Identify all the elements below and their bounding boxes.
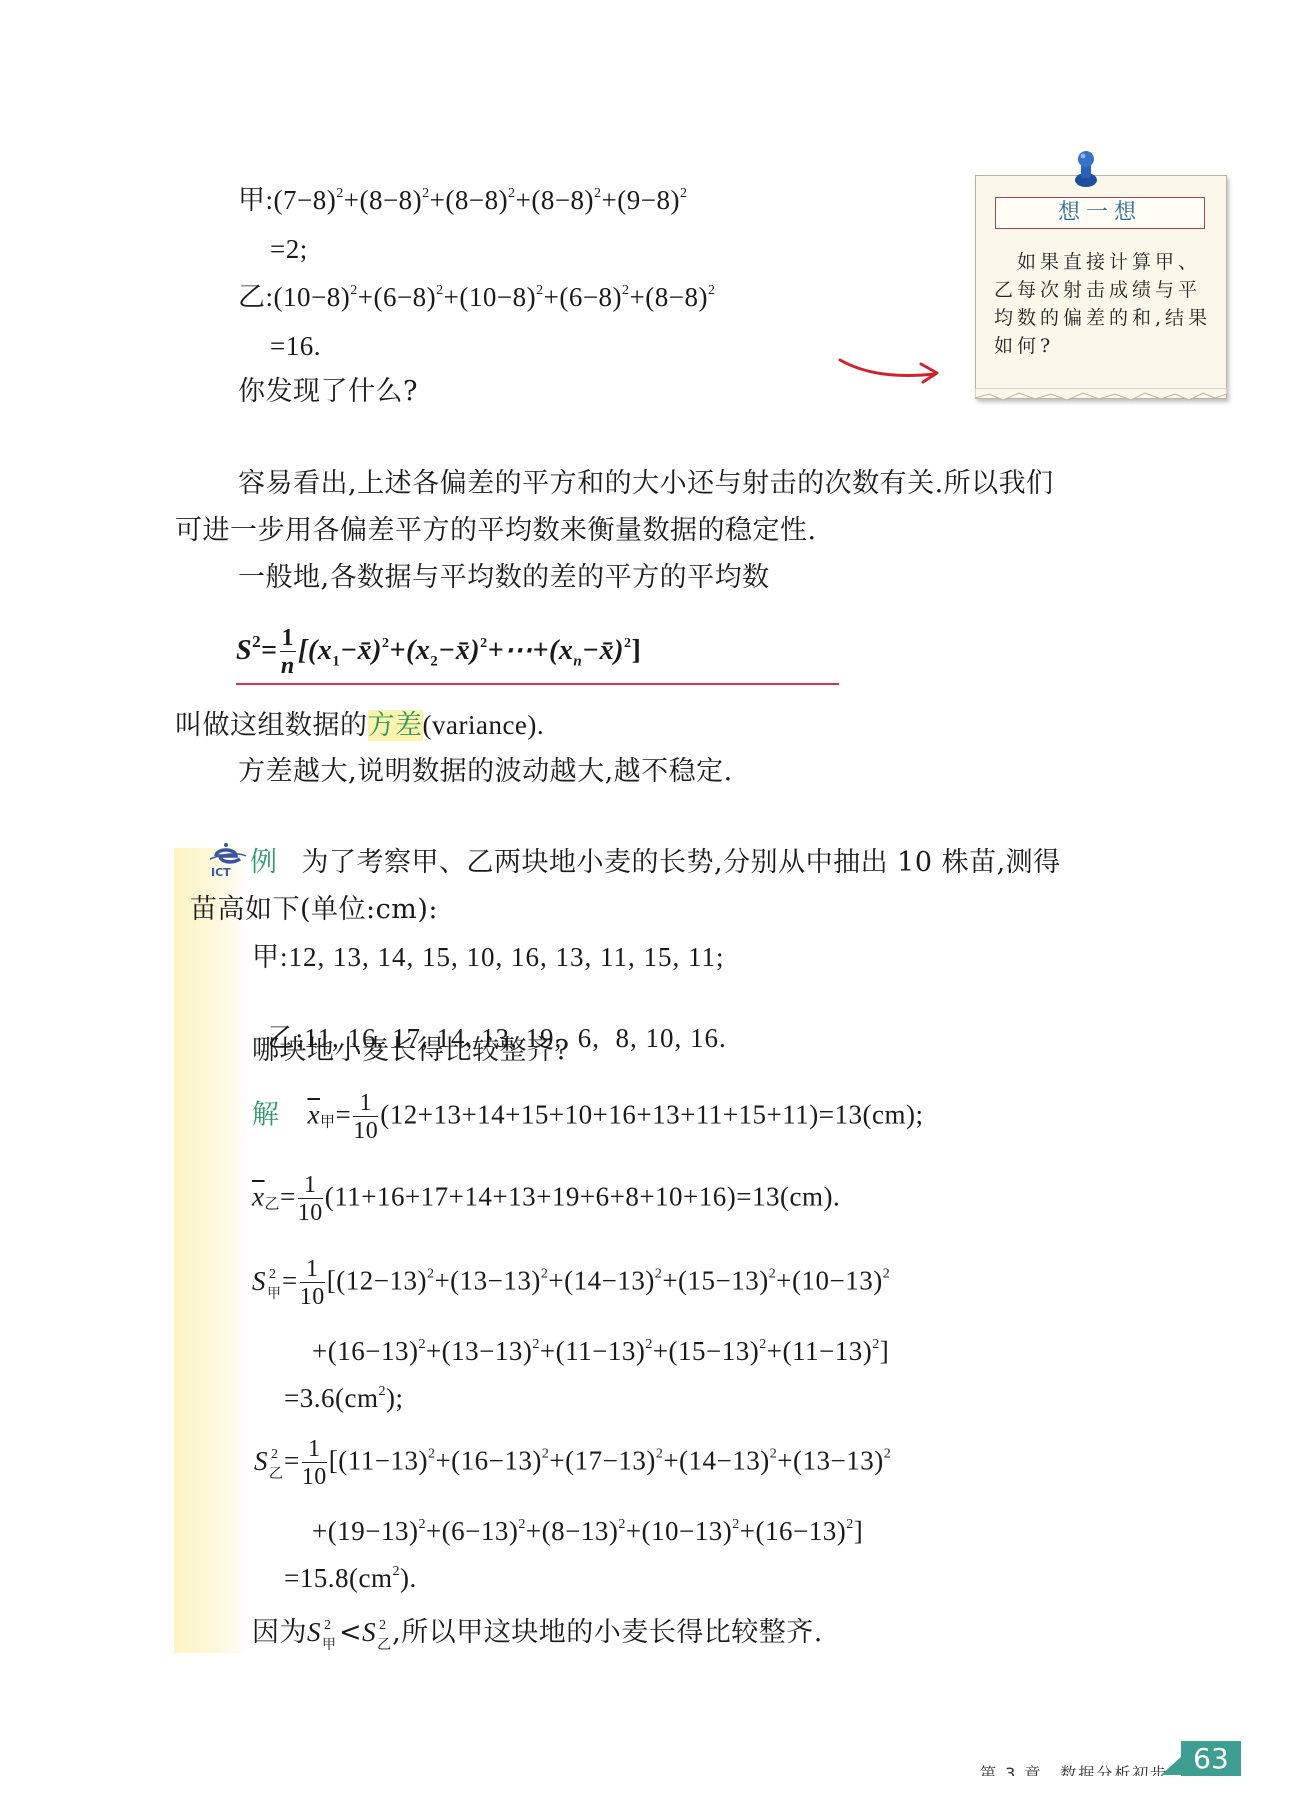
mean-jia-line: 解x甲=110(12+13+14+15+10+16+13+11+15+11)=1… [252,1090,923,1145]
question-text: 你发现了什么? [238,375,418,409]
page-number: 63 [1181,1741,1241,1776]
mean-yi-line: x乙=110(11+16+17+14+13+19+6+8+10+16)=13(c… [252,1172,840,1227]
yi-deviation-sum-line: 乙:(10−8)2+(6−8)2+(10−8)2+(6−8)2+(8−8)2 [238,280,715,314]
jia-deviation-sum-line: 甲:(7−8)2+(8−8)2+(8−8)2+(8−8)2+(9−8)2 [238,183,687,217]
page-tab-wedge [1161,1755,1183,1775]
jia-data-line: 甲:12, 13, 14, 15, 10, 16, 13, 11, 15, 11… [252,940,725,974]
chapter-title: 第 3 章 数据分析初步 [980,1765,1168,1776]
red-arrow-icon [835,352,945,388]
variance-jia-line-1: S2甲=110[(12−13)2+(13−13)2+(14−13)2+(15−1… [252,1256,890,1311]
torn-edge [975,388,1227,404]
example-intro-line-2: 苗高如下(单位:cm): [190,893,438,927]
conclusion-line: 因为S2甲<S2乙,所以甲这块地的小麦长得比较整齐. [252,1615,823,1650]
variance-jia-line-2: +(16−13)2+(13−13)2+(11−13)2+(15−13)2+(11… [312,1334,889,1368]
yi-label: 乙: [238,282,274,312]
svg-text:ICT: ICT [211,866,231,878]
ict-icon: ICT [208,842,248,878]
definition-line: 叫做这组数据的方差(variance). [175,708,544,743]
solution-label: 解 [252,1100,280,1130]
example-intro-line-1: 例为了考察甲、乙两块地小麦的长势,分别从中抽出 10 株苗,测得 [250,846,1061,880]
jia-deviation-result: =2; [270,232,308,266]
term-variance: 方差 [368,710,423,741]
paragraph-1-line-1: 容易看出,上述各偏差的平方和的大小还与射击的次数有关.所以我们 [238,467,1054,501]
note-body: 如果直接计算甲、乙每次射击成绩与平均数的偏差的和,结果如何? [994,248,1216,360]
yi-deviation-result: =16. [270,329,321,363]
variance-yi-line-2: +(19−13)2+(6−13)2+(8−13)2+(10−13)2+(16−1… [312,1514,863,1548]
variance-yi-result: =15.8(cm2). [284,1561,417,1595]
variance-formula: S2=1n[(x1−x̄)2+(x2−x̄)2+⋯+(xn−x̄)2] [236,625,641,680]
note-title: 想一想 [995,197,1205,229]
example-label: 例 [250,847,278,878]
paragraph-1-line-2: 可进一步用各偏差平方的平均数来衡量数据的稳定性. [175,514,817,548]
example-question: 哪块地小麦长得比较整齐? [252,1034,569,1068]
example-highlight-bar [174,848,249,1653]
jia-label: 甲: [238,185,274,215]
variance-yi-line-1: S2乙=110[(11−13)2+(16−13)2+(17−13)2+(14−1… [254,1436,891,1491]
paragraph-3: 方差越大,说明数据的波动越大,越不稳定. [238,755,733,789]
variance-jia-result: =3.6(cm2); [284,1381,403,1415]
paragraph-2: 一般地,各数据与平均数的差的平方的平均数 [238,561,770,595]
push-pin-icon [1072,150,1100,190]
formula-underline [236,683,839,685]
